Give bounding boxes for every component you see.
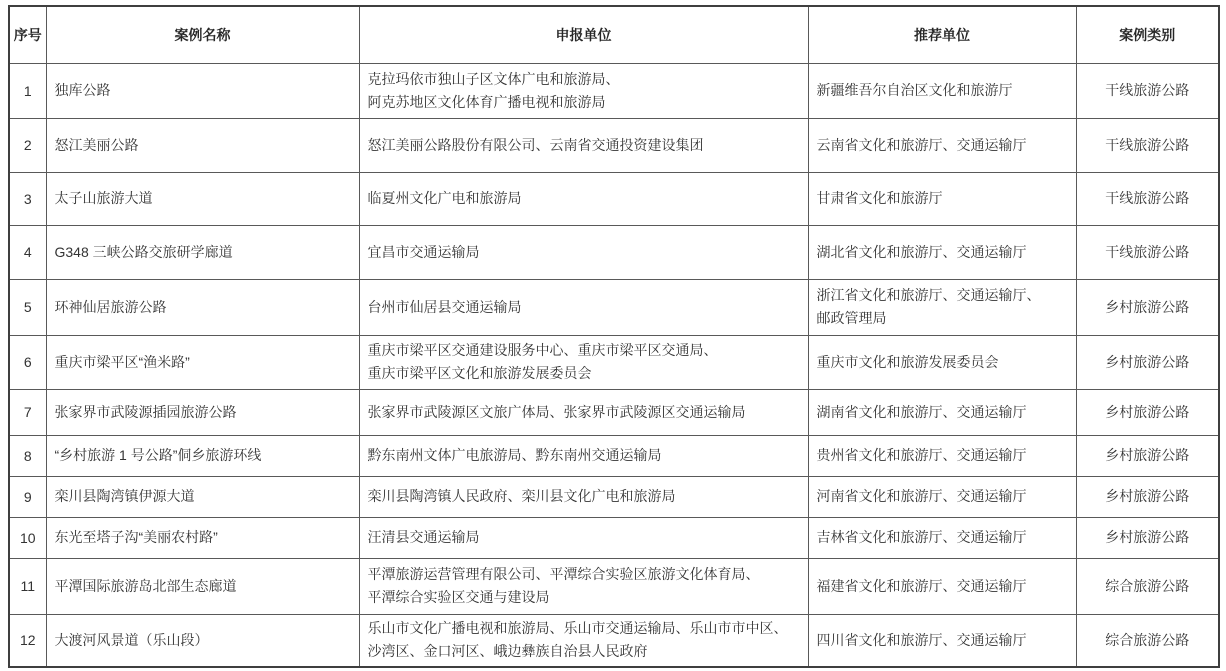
declarer-line: 重庆市梁平区文化和旅游发展委员会 (368, 362, 802, 385)
case-name-text: 太子山旅游大道 (55, 187, 353, 210)
declarer-cell: 怒江美丽公路股份有限公司、云南省交通投资建设集团 (359, 118, 808, 172)
tourism-highway-case-table: 序号 案例名称 申报单位 推荐单位 案例类别 1 独库公路 克拉玛依市独山子区文… (8, 5, 1220, 668)
row-index-cell: 12 (9, 614, 46, 667)
category-text: 干线旅游公路 (1081, 187, 1215, 210)
recommender-line: 四川省文化和旅游厅、交通运输厅 (817, 629, 1070, 652)
declarer-line: 张家界市武陵源区文旅广体局、张家界市武陵源区交通运输局 (368, 401, 802, 424)
category-text: 干线旅游公路 (1081, 79, 1215, 102)
column-header-case-name: 案例名称 (46, 6, 359, 63)
table-row: 5 环神仙居旅游公路 台州市仙居县交通运输局 浙江省文化和旅游厅、交通运输厅、 … (9, 279, 1219, 335)
case-name-cell: 东光至塔子沟“美丽农村路” (46, 517, 359, 558)
declarer-line: 平潭综合实验区交通与建设局 (368, 586, 802, 609)
table-row: 3 太子山旅游大道 临夏州文化广电和旅游局 甘肃省文化和旅游厅 干线旅游公路 (9, 172, 1219, 225)
category-cell: 综合旅游公路 (1076, 614, 1219, 667)
recommender-line: 湖北省文化和旅游厅、交通运输厅 (817, 241, 1070, 264)
case-name-cell: 平潭国际旅游岛北部生态廊道 (46, 558, 359, 614)
row-index-cell: 7 (9, 389, 46, 435)
declarer-line: 乐山市文化广播电视和旅游局、乐山市交通运输局、乐山市市中区、 (368, 617, 802, 640)
case-name-text: 平潭国际旅游岛北部生态廊道 (55, 575, 353, 598)
declarer-cell: 克拉玛依市独山子区文体广电和旅游局、 阿克苏地区文化体育广播电视和旅游局 (359, 63, 808, 118)
declarer-cell: 宜昌市交通运输局 (359, 225, 808, 279)
table-body: 1 独库公路 克拉玛依市独山子区文体广电和旅游局、 阿克苏地区文化体育广播电视和… (9, 63, 1219, 667)
declarer-cell: 临夏州文化广电和旅游局 (359, 172, 808, 225)
document-page: 序号 案例名称 申报单位 推荐单位 案例类别 1 独库公路 克拉玛依市独山子区文… (0, 0, 1226, 671)
row-index-cell: 3 (9, 172, 46, 225)
recommender-line: 新疆维吾尔自治区文化和旅游厅 (817, 79, 1070, 102)
case-name-text: 大渡河风景道（乐山段） (55, 629, 353, 652)
recommender-cell: 浙江省文化和旅游厅、交通运输厅、 邮政管理局 (808, 279, 1076, 335)
table-row: 2 怒江美丽公路 怒江美丽公路股份有限公司、云南省交通投资建设集团 云南省文化和… (9, 118, 1219, 172)
category-text: 乡村旅游公路 (1081, 526, 1215, 549)
row-index-cell: 9 (9, 476, 46, 517)
declarer-line: 临夏州文化广电和旅游局 (368, 187, 802, 210)
case-name-cell: 怒江美丽公路 (46, 118, 359, 172)
table-row: 9 栾川县陶湾镇伊源大道 栾川县陶湾镇人民政府、栾川县文化广电和旅游局 河南省文… (9, 476, 1219, 517)
table-row: 8 “乡村旅游 1 号公路”侗乡旅游环线 黔东南州文体广电旅游局、黔东南州交通运… (9, 435, 1219, 476)
declarer-cell: 台州市仙居县交通运输局 (359, 279, 808, 335)
row-index-cell: 4 (9, 225, 46, 279)
category-text: 乡村旅游公路 (1081, 296, 1215, 319)
table-row: 11 平潭国际旅游岛北部生态廊道 平潭旅游运营管理有限公司、平潭综合实验区旅游文… (9, 558, 1219, 614)
row-index-cell: 5 (9, 279, 46, 335)
declarer-cell: 平潭旅游运营管理有限公司、平潭综合实验区旅游文化体育局、 平潭综合实验区交通与建… (359, 558, 808, 614)
case-name-cell: 环神仙居旅游公路 (46, 279, 359, 335)
recommender-cell: 湖南省文化和旅游厅、交通运输厅 (808, 389, 1076, 435)
recommender-line: 河南省文化和旅游厅、交通运输厅 (817, 485, 1070, 508)
category-cell: 乡村旅游公路 (1076, 335, 1219, 389)
recommender-line: 福建省文化和旅游厅、交通运输厅 (817, 575, 1070, 598)
recommender-cell: 河南省文化和旅游厅、交通运输厅 (808, 476, 1076, 517)
category-text: 综合旅游公路 (1081, 575, 1215, 598)
declarer-line: 宜昌市交通运输局 (368, 241, 802, 264)
table-row: 10 东光至塔子沟“美丽农村路” 汪清县交通运输局 吉林省文化和旅游厅、交通运输… (9, 517, 1219, 558)
declarer-line: 阿克苏地区文化体育广播电视和旅游局 (368, 91, 802, 114)
category-cell: 综合旅游公路 (1076, 558, 1219, 614)
table-row: 7 张家界市武陵源插园旅游公路 张家界市武陵源区文旅广体局、张家界市武陵源区交通… (9, 389, 1219, 435)
recommender-cell: 云南省文化和旅游厅、交通运输厅 (808, 118, 1076, 172)
recommender-line: 邮政管理局 (817, 307, 1070, 330)
row-index-cell: 1 (9, 63, 46, 118)
case-name-cell: G348 三峡公路交旅研学廊道 (46, 225, 359, 279)
recommender-line: 重庆市文化和旅游发展委员会 (817, 351, 1070, 374)
declarer-line: 黔东南州文体广电旅游局、黔东南州交通运输局 (368, 444, 802, 467)
category-cell: 干线旅游公路 (1076, 225, 1219, 279)
table-header: 序号 案例名称 申报单位 推荐单位 案例类别 (9, 6, 1219, 63)
recommender-line: 贵州省文化和旅游厅、交通运输厅 (817, 444, 1070, 467)
case-name-text: 东光至塔子沟“美丽农村路” (55, 526, 353, 549)
column-header-declarer: 申报单位 (359, 6, 808, 63)
recommender-line: 吉林省文化和旅游厅、交通运输厅 (817, 526, 1070, 549)
recommender-cell: 四川省文化和旅游厅、交通运输厅 (808, 614, 1076, 667)
declarer-line: 克拉玛依市独山子区文体广电和旅游局、 (368, 68, 802, 91)
declarer-cell: 黔东南州文体广电旅游局、黔东南州交通运输局 (359, 435, 808, 476)
category-cell: 乡村旅游公路 (1076, 389, 1219, 435)
category-cell: 干线旅游公路 (1076, 118, 1219, 172)
case-name-text: 怒江美丽公路 (55, 134, 353, 157)
category-text: 干线旅游公路 (1081, 241, 1215, 264)
row-index-cell: 8 (9, 435, 46, 476)
case-name-text: 栾川县陶湾镇伊源大道 (55, 485, 353, 508)
column-header-category: 案例类别 (1076, 6, 1219, 63)
header-row: 序号 案例名称 申报单位 推荐单位 案例类别 (9, 6, 1219, 63)
category-cell: 干线旅游公路 (1076, 172, 1219, 225)
declarer-cell: 重庆市梁平区交通建设服务中心、重庆市梁平区交通局、 重庆市梁平区文化和旅游发展委… (359, 335, 808, 389)
category-cell: 乡村旅游公路 (1076, 279, 1219, 335)
row-index-cell: 2 (9, 118, 46, 172)
column-header-recommender: 推荐单位 (808, 6, 1076, 63)
declarer-line: 怒江美丽公路股份有限公司、云南省交通投资建设集团 (368, 134, 802, 157)
category-text: 乡村旅游公路 (1081, 444, 1215, 467)
case-name-text: G348 三峡公路交旅研学廊道 (55, 241, 353, 264)
category-text: 乡村旅游公路 (1081, 351, 1215, 374)
table-row: 4 G348 三峡公路交旅研学廊道 宜昌市交通运输局 湖北省文化和旅游厅、交通运… (9, 225, 1219, 279)
category-text: 乡村旅游公路 (1081, 485, 1215, 508)
declarer-cell: 乐山市文化广播电视和旅游局、乐山市交通运输局、乐山市市中区、 沙湾区、金口河区、… (359, 614, 808, 667)
declarer-line: 汪清县交通运输局 (368, 526, 802, 549)
case-name-cell: 张家界市武陵源插园旅游公路 (46, 389, 359, 435)
declarer-cell: 张家界市武陵源区文旅广体局、张家界市武陵源区交通运输局 (359, 389, 808, 435)
recommender-line: 甘肃省文化和旅游厅 (817, 187, 1070, 210)
table-row: 12 大渡河风景道（乐山段） 乐山市文化广播电视和旅游局、乐山市交通运输局、乐山… (9, 614, 1219, 667)
case-name-cell: “乡村旅游 1 号公路”侗乡旅游环线 (46, 435, 359, 476)
case-name-cell: 大渡河风景道（乐山段） (46, 614, 359, 667)
declarer-line: 栾川县陶湾镇人民政府、栾川县文化广电和旅游局 (368, 485, 802, 508)
case-name-text: “乡村旅游 1 号公路”侗乡旅游环线 (55, 444, 353, 467)
declarer-line: 重庆市梁平区交通建设服务中心、重庆市梁平区交通局、 (368, 339, 802, 362)
declarer-line: 台州市仙居县交通运输局 (368, 296, 802, 319)
case-name-text: 环神仙居旅游公路 (55, 296, 353, 319)
recommender-cell: 甘肃省文化和旅游厅 (808, 172, 1076, 225)
recommender-line: 云南省文化和旅游厅、交通运输厅 (817, 134, 1070, 157)
recommender-cell: 福建省文化和旅游厅、交通运输厅 (808, 558, 1076, 614)
row-index-cell: 6 (9, 335, 46, 389)
case-name-text: 重庆市梁平区“渔米路” (55, 351, 353, 374)
declarer-cell: 栾川县陶湾镇人民政府、栾川县文化广电和旅游局 (359, 476, 808, 517)
category-text: 乡村旅游公路 (1081, 401, 1215, 424)
recommender-cell: 新疆维吾尔自治区文化和旅游厅 (808, 63, 1076, 118)
category-cell: 乡村旅游公路 (1076, 476, 1219, 517)
category-cell: 乡村旅游公路 (1076, 435, 1219, 476)
recommender-cell: 重庆市文化和旅游发展委员会 (808, 335, 1076, 389)
recommender-line: 湖南省文化和旅游厅、交通运输厅 (817, 401, 1070, 424)
declarer-line: 平潭旅游运营管理有限公司、平潭综合实验区旅游文化体育局、 (368, 563, 802, 586)
row-index-cell: 11 (9, 558, 46, 614)
recommender-cell: 贵州省文化和旅游厅、交通运输厅 (808, 435, 1076, 476)
recommender-line: 浙江省文化和旅游厅、交通运输厅、 (817, 284, 1070, 307)
case-name-text: 张家界市武陵源插园旅游公路 (55, 401, 353, 424)
declarer-line: 沙湾区、金口河区、峨边彝族自治县人民政府 (368, 640, 802, 663)
case-name-cell: 重庆市梁平区“渔米路” (46, 335, 359, 389)
declarer-cell: 汪清县交通运输局 (359, 517, 808, 558)
category-text: 干线旅游公路 (1081, 134, 1215, 157)
recommender-cell: 吉林省文化和旅游厅、交通运输厅 (808, 517, 1076, 558)
table-row: 1 独库公路 克拉玛依市独山子区文体广电和旅游局、 阿克苏地区文化体育广播电视和… (9, 63, 1219, 118)
recommender-cell: 湖北省文化和旅游厅、交通运输厅 (808, 225, 1076, 279)
case-name-cell: 独库公路 (46, 63, 359, 118)
case-name-cell: 栾川县陶湾镇伊源大道 (46, 476, 359, 517)
case-name-cell: 太子山旅游大道 (46, 172, 359, 225)
column-header-index: 序号 (9, 6, 46, 63)
table-row: 6 重庆市梁平区“渔米路” 重庆市梁平区交通建设服务中心、重庆市梁平区交通局、 … (9, 335, 1219, 389)
category-cell: 乡村旅游公路 (1076, 517, 1219, 558)
case-name-text: 独库公路 (55, 79, 353, 102)
category-cell: 干线旅游公路 (1076, 63, 1219, 118)
row-index-cell: 10 (9, 517, 46, 558)
category-text: 综合旅游公路 (1081, 629, 1215, 652)
